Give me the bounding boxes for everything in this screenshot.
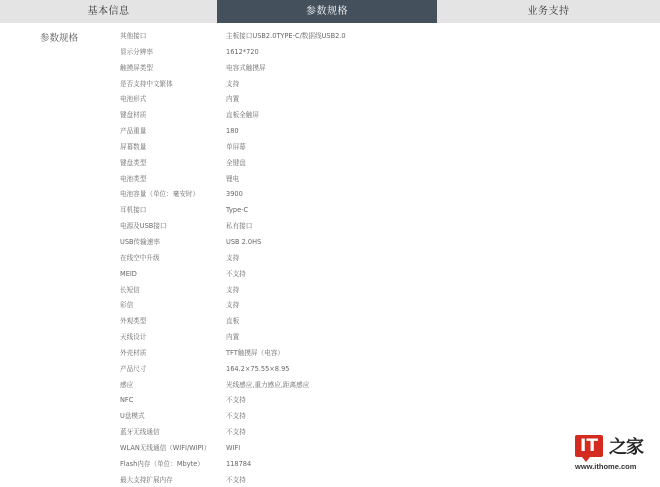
spec-row: 显示分辨率1612*720	[120, 46, 540, 62]
spec-value: 内置	[226, 93, 540, 109]
spec-key: 产品重量	[120, 125, 226, 141]
section-title: 参数规格	[40, 30, 78, 44]
spec-value: 全键盘	[226, 157, 540, 173]
spec-key: Flash内存（单位：Mbyte）	[120, 458, 226, 474]
spec-value: 支持	[226, 78, 540, 94]
spec-row: 耳机接口Type-C	[120, 204, 540, 220]
spec-row: WLAN无线通信（WIFI/WIPI）WIFI	[120, 442, 540, 458]
tab-specifications[interactable]: 参数规格	[217, 0, 437, 23]
spec-key: 最大支持扩展内存	[120, 474, 226, 487]
spec-key: 外观类型	[120, 315, 226, 331]
spec-key: 外壳材质	[120, 347, 226, 363]
spec-row: NFC不支持	[120, 394, 540, 410]
spec-key: WLAN无线通信（WIFI/WIPI）	[120, 442, 226, 458]
spec-row: 彩信支持	[120, 299, 540, 315]
spec-key: 蓝牙无线通信	[120, 426, 226, 442]
spec-row: 外壳材质TFT触摸屏（电容）	[120, 347, 540, 363]
spec-value: 私有接口	[226, 220, 540, 236]
spec-value: 单屏幕	[226, 141, 540, 157]
tab-bar: 基本信息 参数规格 业务支持	[0, 0, 660, 23]
tab-basic-info[interactable]: 基本信息	[0, 0, 217, 23]
spec-key: 产品尺寸	[120, 363, 226, 379]
spec-value: 118784	[226, 458, 540, 474]
spec-key: 电池容量（单位：毫安时）	[120, 188, 226, 204]
spec-value: 不支持	[226, 268, 540, 284]
spec-value: 支持	[226, 252, 540, 268]
logo-calligraphy: 之家	[609, 433, 643, 459]
spec-key: 屏幕数量	[120, 141, 226, 157]
spec-key: 耳机接口	[120, 204, 226, 220]
spec-value: Type-C	[226, 204, 540, 220]
spec-value: 支持	[226, 299, 540, 315]
spec-value: 光线感应,重力感应,距离感应	[226, 379, 540, 395]
spec-key: 感应	[120, 379, 226, 395]
spec-row: 感应光线感应,重力感应,距离感应	[120, 379, 540, 395]
spec-row: 外观类型直板	[120, 315, 540, 331]
spec-row: 电池形式内置	[120, 93, 540, 109]
spec-key: 是否支持中文繁体	[120, 78, 226, 94]
spec-key: 键盘类型	[120, 157, 226, 173]
watermark-url: www.ithome.com	[575, 462, 655, 471]
spec-value: 3900	[226, 188, 540, 204]
spec-row: 长短信支持	[120, 284, 540, 300]
spec-value: 不支持	[226, 474, 540, 487]
spec-list: 其他接口主板接口USB2.0TYPE-C/数据线USB2.0 显示分辨率1612…	[120, 30, 540, 487]
ithome-watermark: IT 之家 www.ithome.com	[575, 432, 655, 477]
spec-row: 天线设计内置	[120, 331, 540, 347]
spec-value: 不支持	[226, 426, 540, 442]
spec-row: 屏幕数量单屏幕	[120, 141, 540, 157]
spec-value: 不支持	[226, 394, 540, 410]
spec-value: 164.2×75.55×8.95	[226, 363, 540, 379]
spec-row: 最大支持扩展内存不支持	[120, 474, 540, 487]
spec-row: 键盘材质直板全触屏	[120, 109, 540, 125]
spec-key: USB传输速率	[120, 236, 226, 252]
spec-value: TFT触摸屏（电容）	[226, 347, 540, 363]
spec-row: 在线空中升级支持	[120, 252, 540, 268]
spec-key: 彩信	[120, 299, 226, 315]
spec-key: 天线设计	[120, 331, 226, 347]
spec-value: 180	[226, 125, 540, 141]
spec-row: 键盘类型全键盘	[120, 157, 540, 173]
spec-row: 电源及USB接口私有接口	[120, 220, 540, 236]
spec-value: USB 2.0HS	[226, 236, 540, 252]
spec-row: Flash内存（单位：Mbyte）118784	[120, 458, 540, 474]
spec-key: 键盘材质	[120, 109, 226, 125]
spec-key: 其他接口	[120, 30, 226, 46]
it-logo-icon: IT	[575, 435, 603, 457]
spec-row: MEID不支持	[120, 268, 540, 284]
spec-value: 内置	[226, 331, 540, 347]
spec-value: 不支持	[226, 410, 540, 426]
spec-key: 电池类型	[120, 173, 226, 189]
spec-row: 蓝牙无线通信不支持	[120, 426, 540, 442]
spec-row: 触摸屏类型电容式触摸屏	[120, 62, 540, 78]
spec-row: 产品重量180	[120, 125, 540, 141]
spec-key: 显示分辨率	[120, 46, 226, 62]
spec-row: USB传输速率USB 2.0HS	[120, 236, 540, 252]
spec-row: 产品尺寸164.2×75.55×8.95	[120, 363, 540, 379]
spec-key: 在线空中升级	[120, 252, 226, 268]
spec-key: NFC	[120, 394, 226, 410]
spec-row: 电池容量（单位：毫安时）3900	[120, 188, 540, 204]
spec-row: 其他接口主板接口USB2.0TYPE-C/数据线USB2.0	[120, 30, 540, 46]
spec-key: 触摸屏类型	[120, 62, 226, 78]
spec-value: 主板接口USB2.0TYPE-C/数据线USB2.0	[226, 30, 540, 46]
spec-row: 电池类型锂电	[120, 173, 540, 189]
spec-value: 锂电	[226, 173, 540, 189]
spec-value: 电容式触摸屏	[226, 62, 540, 78]
spec-key: 电源及USB接口	[120, 220, 226, 236]
tab-service-support[interactable]: 业务支持	[437, 0, 660, 23]
spec-key: MEID	[120, 268, 226, 284]
spec-row: U盘模式不支持	[120, 410, 540, 426]
spec-row: 是否支持中文繁体支持	[120, 78, 540, 94]
spec-value: 直板全触屏	[226, 109, 540, 125]
spec-value: WIFI	[226, 442, 540, 458]
spec-key: 长短信	[120, 284, 226, 300]
spec-key: 电池形式	[120, 93, 226, 109]
spec-value: 1612*720	[226, 46, 540, 62]
spec-value: 支持	[226, 284, 540, 300]
ithome-logo: IT 之家	[575, 432, 655, 459]
spec-key: U盘模式	[120, 410, 226, 426]
spec-value: 直板	[226, 315, 540, 331]
